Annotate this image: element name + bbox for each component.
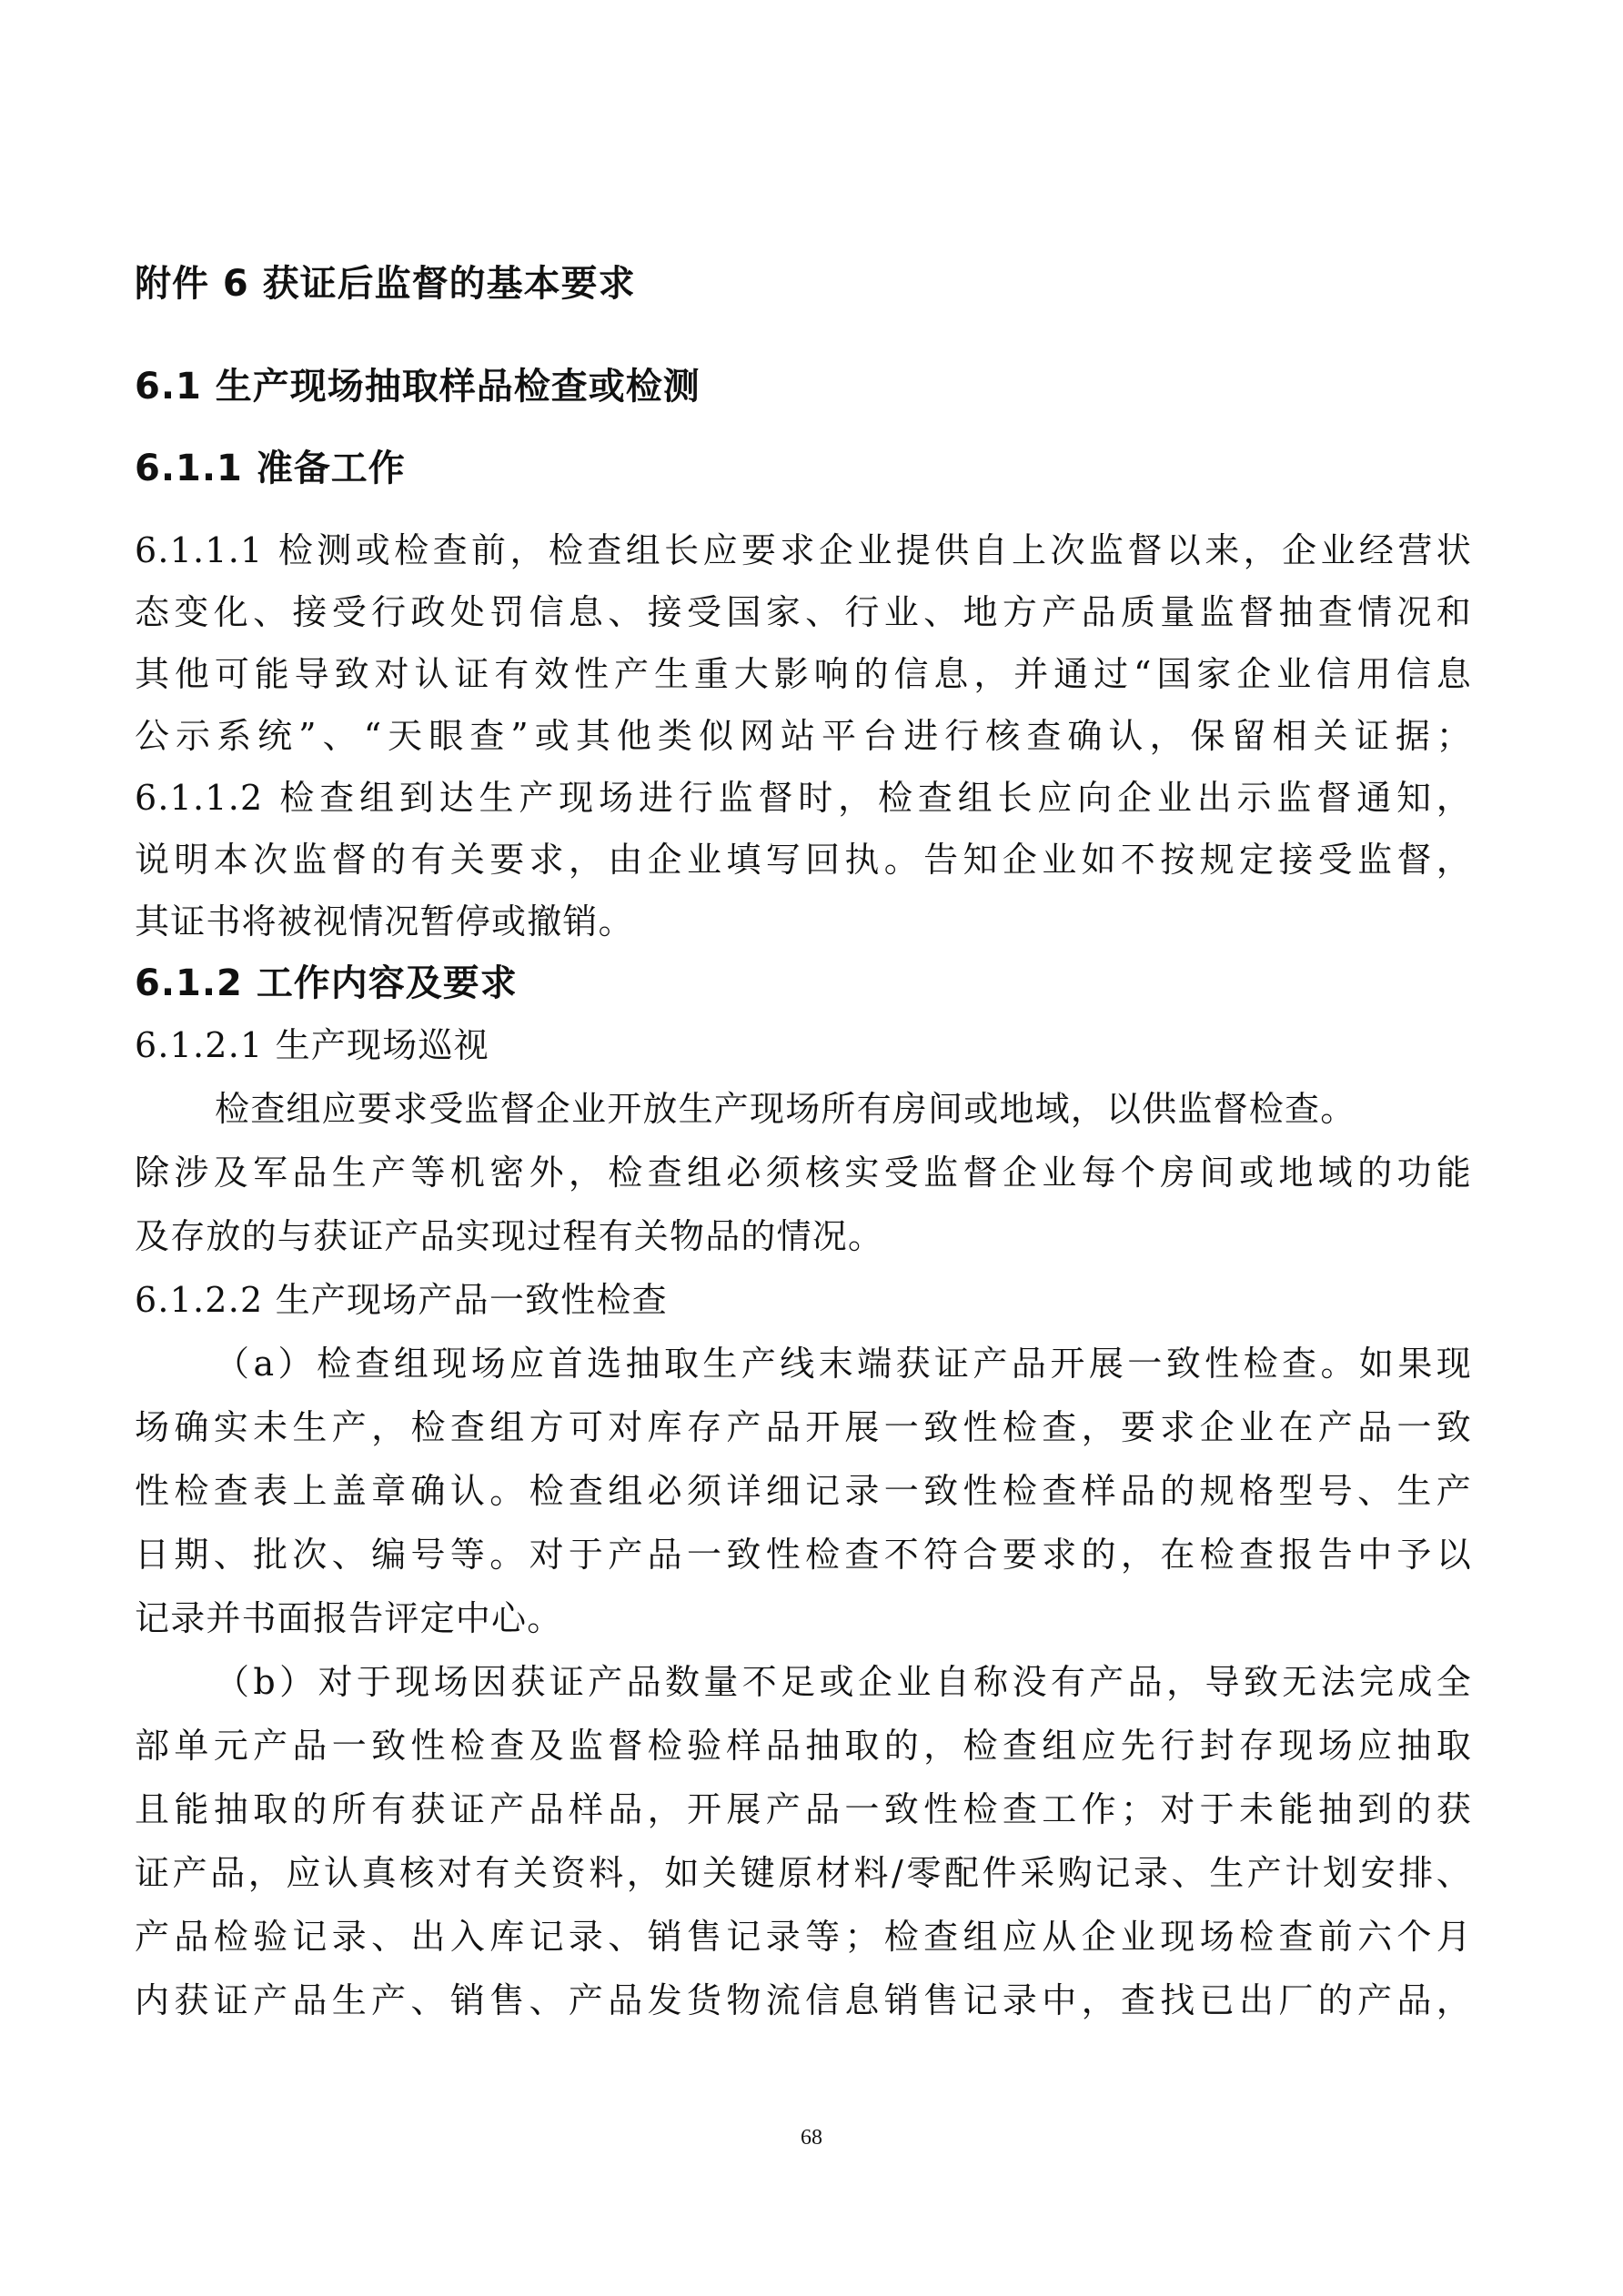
document-page: 附件 6 获证后监督的基本要求 6.1 生产现场抽取样品检查或检测 6.1.1 … [0, 0, 1623, 2296]
paragraph-line: 且能抽取的所有获证产品样品，开展产品一致性检查工作；对于未能抽到的获 [135, 1787, 1472, 1832]
paragraph-line: 产品检验记录、出入库记录、销售记录等；检查组应从企业现场检查前六个月 [135, 1914, 1472, 1959]
subsection-heading-6-1-2-1: 6.1.2.1 生产现场巡视 [135, 1022, 1472, 1068]
paragraph-line: 公示系统”、“天眼查”或其他类似网站平台进行核查确认，保留相关证据； [135, 713, 1472, 759]
paragraph-line: 内获证产品生产、销售、产品发货物流信息销售记录中，查找已出厂的产品， [135, 1978, 1472, 2023]
paragraph-line: 部单元产品一致性检查及监督检验样品抽取的，检查组应先行封存现场应抽取 [135, 1723, 1472, 1768]
paragraph-line: （b）对于现场因获证产品数量不足或企业自称没有产品，导致无法完成全 [215, 1659, 1472, 1705]
paragraph-line: 其他可能导致对认证有效性产生重大影响的信息，并通过“国家企业信用信息 [135, 651, 1472, 697]
section-heading-6-1-1: 6.1.1 准备工作 [135, 446, 1472, 491]
paragraph-line: 场确实未生产，检查组方可对库存产品开展一致性检查，要求企业在产品一致 [135, 1405, 1472, 1450]
paragraph-line: （a）检查组现场应首选抽取生产线末端获证产品开展一致性检查。如果现 [215, 1341, 1472, 1386]
appendix-title: 附件 6 获证后监督的基本要求 [135, 261, 1472, 307]
paragraph-line: 说明本次监督的有关要求，由企业填写回执。告知企业如不按规定接受监督， [135, 837, 1472, 882]
section-heading-6-1-2: 6.1.2 工作内容及要求 [135, 961, 1472, 1006]
paragraph-line: 其证书将被视情况暂停或撤销。 [135, 899, 1472, 944]
subsection-heading-6-1-2-2: 6.1.2.2 生产现场产品一致性检查 [135, 1277, 1472, 1323]
paragraph-line: 6.1.1.1 检测或检查前，检查组长应要求企业提供自上次监督以来，企业经营状 [135, 528, 1472, 573]
paragraph-line: 除涉及军品生产等机密外，检查组必须核实受监督企业每个房间或地域的功能 [135, 1150, 1472, 1195]
paragraph-line: 性检查表上盖章确认。检查组必须详细记录一致性检查样品的规格型号、生产 [135, 1468, 1472, 1514]
paragraph-line: 及存放的与获证产品实现过程有关物品的情况。 [135, 1213, 1472, 1259]
paragraph-line: 证产品，应认真核对有关资料，如关键原材料/零配件采购记录、生产计划安排、 [135, 1850, 1472, 1896]
paragraph-line: 态变化、接受行政处罚信息、接受国家、行业、地方产品质量监督抽查情况和 [135, 589, 1472, 635]
section-heading-6-1: 6.1 生产现场抽取样品检查或检测 [135, 364, 1472, 409]
paragraph-line: 记录并书面报告评定中心。 [135, 1596, 1472, 1641]
paragraph-line: 检查组应要求受监督企业开放生产现场所有房间或地域，以供监督检查。 [215, 1086, 1472, 1132]
paragraph-line: 6.1.1.2 检查组到达生产现场进行监督时，检查组长应向企业出示监督通知， [135, 775, 1472, 821]
paragraph-line: 日期、批次、编号等。对于产品一致性检查不符合要求的，在检查报告中予以 [135, 1532, 1472, 1577]
page-number: 68 [0, 2124, 1623, 2151]
